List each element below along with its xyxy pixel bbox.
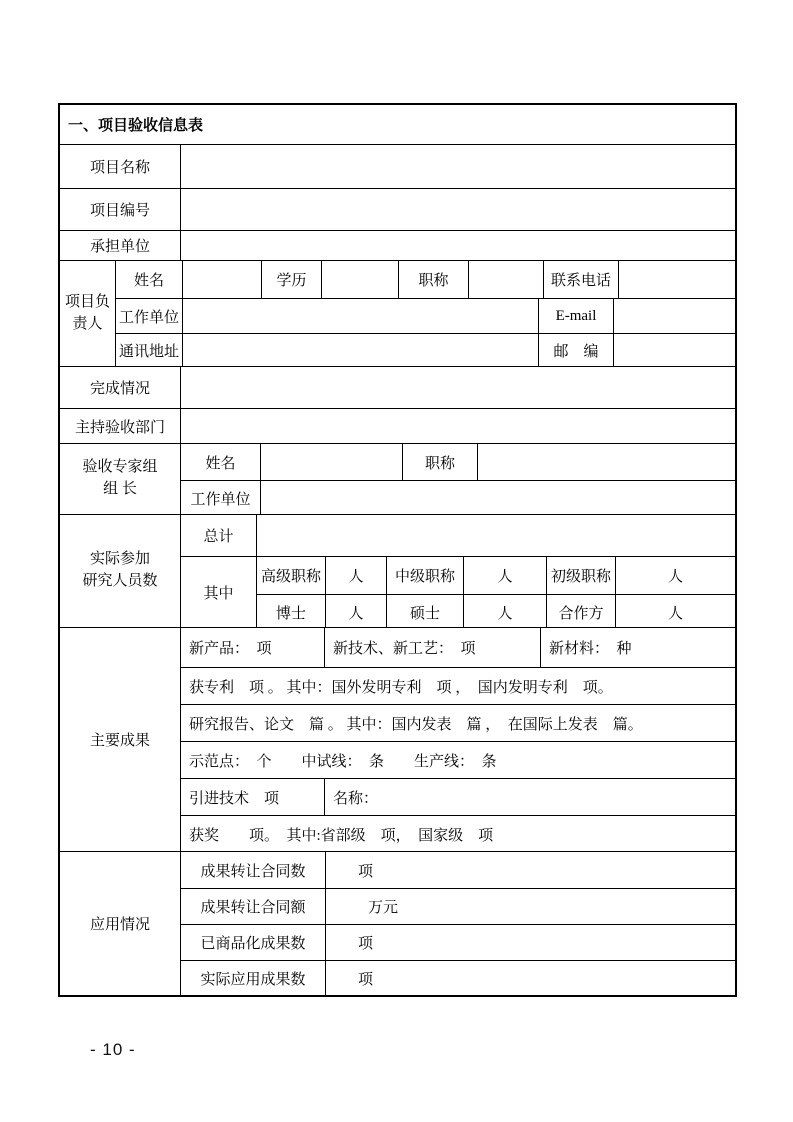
undertaker-label: 承担单位 bbox=[60, 231, 180, 260]
document-page: 一、项目验收信息表 项目名称 项目编号 承担单位 项目负 责人 姓名 bbox=[0, 0, 793, 1122]
application-row-3: 已商品化成果数 项 bbox=[181, 924, 735, 960]
expert-leader-fields: 姓名 职称 工作单位 bbox=[180, 444, 735, 514]
section-application: 应用情况 成果转让合同数 项 成果转让合同额 万元 已商品化成果数 项 实际应用… bbox=[60, 851, 735, 995]
applied-count-input[interactable]: 项 bbox=[325, 961, 735, 995]
senior-count-input[interactable]: 人 bbox=[325, 557, 386, 594]
leader-row-2: 工作单位 E-mail bbox=[116, 298, 735, 333]
expert-name-label: 姓名 bbox=[181, 444, 260, 480]
new-tech-input[interactable]: 新技术、新工艺： 项 bbox=[324, 628, 540, 667]
project-name-label: 项目名称 bbox=[60, 145, 180, 188]
leader-education-label: 学历 bbox=[261, 261, 321, 298]
senior-title-label: 高级职称 bbox=[257, 557, 325, 594]
transfer-contract-amount-input[interactable]: 万元 bbox=[325, 889, 735, 924]
application-label: 应用情况 bbox=[60, 852, 180, 995]
table-title: 一、项目验收信息表 bbox=[68, 114, 203, 135]
leader-phone-input[interactable] bbox=[618, 261, 735, 298]
project-leader-fields: 姓名 学历 职称 联系电话 工作单位 E-mail 通讯地址 bbox=[115, 261, 735, 366]
imported-tech-input[interactable]: 引进技术 项 bbox=[181, 779, 324, 815]
new-product-input[interactable]: 新产品： 项 bbox=[181, 628, 324, 667]
achievements-row-papers: 研究报告、论文 篇 。 其中：国内发表 篇 ， 在国际上发表 篇。 bbox=[181, 704, 735, 741]
participants-total-input[interactable] bbox=[256, 515, 735, 556]
row-completion: 完成情况 bbox=[60, 366, 735, 408]
participants-label: 实际参加 研究人员数 bbox=[60, 515, 180, 627]
achievements-label: 主要成果 bbox=[60, 628, 180, 851]
participants-breakdown-row-1: 高级职称 人 中级职称 人 初级职称 人 bbox=[257, 557, 735, 594]
project-leader-label: 项目负 责人 bbox=[60, 261, 115, 366]
leader-workunit-input[interactable] bbox=[182, 299, 538, 333]
row-project-name: 项目名称 bbox=[60, 144, 735, 188]
expert-title-label: 职称 bbox=[402, 444, 477, 480]
host-dept-label: 主持验收部门 bbox=[60, 409, 180, 443]
section-participants: 实际参加 研究人员数 总计 其中 高级职称 人 中级职称 人 bbox=[60, 514, 735, 627]
participants-total-row: 总计 bbox=[181, 515, 735, 556]
leader-title-label: 职称 bbox=[398, 261, 468, 298]
expert-leader-label: 验收专家组 组 长 bbox=[60, 444, 180, 514]
participants-fields: 总计 其中 高级职称 人 中级职称 人 初级职称 人 bbox=[180, 515, 735, 627]
expert-row-2: 工作单位 bbox=[181, 480, 735, 514]
leader-name-label: 姓名 bbox=[116, 261, 182, 298]
project-code-label: 项目编号 bbox=[60, 189, 180, 230]
leader-row-3: 通讯地址 邮 编 bbox=[116, 333, 735, 366]
partner-label: 合作方 bbox=[546, 595, 615, 627]
section-expert-leader: 验收专家组 组 长 姓名 职称 工作单位 bbox=[60, 443, 735, 514]
application-fields: 成果转让合同数 项 成果转让合同额 万元 已商品化成果数 项 实际应用成果数 项 bbox=[180, 852, 735, 995]
undertaker-input[interactable] bbox=[180, 231, 735, 260]
commercialized-count-input[interactable]: 项 bbox=[325, 925, 735, 960]
participants-breakdown-row-2: 博士 人 硕士 人 合作方 人 bbox=[257, 594, 735, 627]
acceptance-info-table: 一、项目验收信息表 项目名称 项目编号 承担单位 项目负 责人 姓名 bbox=[58, 103, 737, 997]
achievements-row-patents: 获专利 项 。 其中：国外发明专利 项 ， 国内发明专利 项。 bbox=[181, 667, 735, 704]
leader-address-label: 通讯地址 bbox=[116, 334, 182, 366]
leader-phone-label: 联系电话 bbox=[543, 261, 618, 298]
page-number: - 10 - bbox=[90, 1040, 136, 1060]
patents-input[interactable]: 获专利 项 。 其中：国外发明专利 项 ， 国内发明专利 项。 bbox=[181, 668, 735, 704]
transfer-contract-count-input[interactable]: 项 bbox=[325, 852, 735, 888]
doctor-label: 博士 bbox=[257, 595, 325, 627]
host-dept-input[interactable] bbox=[180, 409, 735, 443]
participants-among-label: 其中 bbox=[181, 557, 256, 627]
expert-workunit-input[interactable] bbox=[260, 481, 735, 514]
section-project-leader: 项目负 责人 姓名 学历 职称 联系电话 工作单位 E-mail bbox=[60, 260, 735, 366]
leader-title-input[interactable] bbox=[468, 261, 543, 298]
leader-name-input[interactable] bbox=[182, 261, 261, 298]
participants-total-label: 总计 bbox=[181, 515, 256, 556]
application-row-2: 成果转让合同额 万元 bbox=[181, 888, 735, 924]
papers-input[interactable]: 研究报告、论文 篇 。 其中：国内发表 篇 ， 在国际上发表 篇。 bbox=[181, 705, 735, 741]
achievements-row-products: 新产品： 项 新技术、新工艺： 项 新材料： 种 bbox=[181, 628, 735, 667]
row-undertaker: 承担单位 bbox=[60, 230, 735, 260]
commercialized-count-label: 已商品化成果数 bbox=[181, 925, 325, 960]
mid-title-label: 中级职称 bbox=[386, 557, 463, 594]
applied-count-label: 实际应用成果数 bbox=[181, 961, 325, 995]
participants-breakdown: 高级职称 人 中级职称 人 初级职称 人 博士 人 硕士 人 合作方 bbox=[256, 557, 735, 627]
participants-among-row: 其中 高级职称 人 中级职称 人 初级职称 人 博士 人 bbox=[181, 556, 735, 627]
junior-title-label: 初级职称 bbox=[546, 557, 615, 594]
leader-email-input[interactable] bbox=[613, 299, 735, 333]
demo-sites-input[interactable]: 示范点： 个 中试线： 条 生产线： 条 bbox=[181, 742, 735, 778]
application-row-4: 实际应用成果数 项 bbox=[181, 960, 735, 995]
awards-input[interactable]: 获奖 项。 其中:省部级 项， 国家级 项 bbox=[181, 816, 735, 851]
leader-email-label: E-mail bbox=[538, 299, 613, 333]
expert-row-1: 姓名 职称 bbox=[181, 444, 735, 480]
row-project-code: 项目编号 bbox=[60, 188, 735, 230]
achievements-row-demo: 示范点： 个 中试线： 条 生产线： 条 bbox=[181, 741, 735, 778]
section-achievements: 主要成果 新产品： 项 新技术、新工艺： 项 新材料： 种 获专利 项 。 其中… bbox=[60, 627, 735, 851]
transfer-contract-amount-label: 成果转让合同额 bbox=[181, 889, 325, 924]
achievements-row-awards: 获奖 项。 其中:省部级 项， 国家级 项 bbox=[181, 815, 735, 851]
leader-address-input[interactable] bbox=[182, 334, 538, 366]
leader-postcode-label: 邮 编 bbox=[538, 334, 613, 366]
project-name-input[interactable] bbox=[180, 145, 735, 188]
doctor-count-input[interactable]: 人 bbox=[325, 595, 386, 627]
mid-count-input[interactable]: 人 bbox=[463, 557, 546, 594]
master-label: 硕士 bbox=[386, 595, 463, 627]
leader-row-1: 姓名 学历 职称 联系电话 bbox=[116, 261, 735, 298]
leader-workunit-label: 工作单位 bbox=[116, 299, 182, 333]
achievements-row-imported: 引进技术 项 名称： bbox=[181, 778, 735, 815]
completion-input[interactable] bbox=[180, 367, 735, 408]
junior-count-input[interactable]: 人 bbox=[615, 557, 735, 594]
imported-name-input[interactable]: 名称： bbox=[324, 779, 735, 815]
completion-label: 完成情况 bbox=[60, 367, 180, 408]
leader-education-input[interactable] bbox=[321, 261, 398, 298]
achievements-fields: 新产品： 项 新技术、新工艺： 项 新材料： 种 获专利 项 。 其中：国外发明… bbox=[180, 628, 735, 851]
new-material-input[interactable]: 新材料： 种 bbox=[540, 628, 735, 667]
project-code-input[interactable] bbox=[180, 189, 735, 230]
partner-count-input[interactable]: 人 bbox=[615, 595, 735, 627]
leader-postcode-input[interactable] bbox=[613, 334, 735, 366]
row-host-dept: 主持验收部门 bbox=[60, 408, 735, 443]
master-count-input[interactable]: 人 bbox=[463, 595, 546, 627]
table-title-row: 一、项目验收信息表 bbox=[60, 105, 735, 144]
expert-title-input[interactable] bbox=[477, 444, 735, 480]
expert-workunit-label: 工作单位 bbox=[181, 481, 260, 514]
transfer-contract-count-label: 成果转让合同数 bbox=[181, 852, 325, 888]
expert-name-input[interactable] bbox=[260, 444, 402, 480]
application-row-1: 成果转让合同数 项 bbox=[181, 852, 735, 888]
